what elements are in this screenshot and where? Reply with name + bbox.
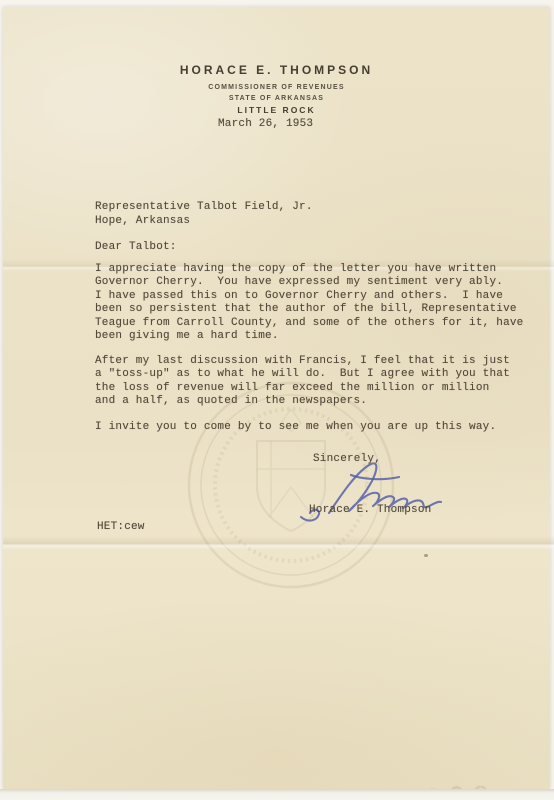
date-line: March 26, 1953 xyxy=(218,118,313,131)
scanner-edge xyxy=(0,789,554,800)
body-paragraph-1: I appreciate having the copy of the lett… xyxy=(95,263,523,343)
salutation: Dear Talbot: xyxy=(95,241,177,254)
body-paragraph-3: I invite you to come by to see me when y… xyxy=(95,421,496,434)
letterhead-title: COMMISSIONER OF REVENUES xyxy=(3,84,550,91)
ink-speck xyxy=(424,554,428,557)
recipient-line-2: Hope, Arkansas xyxy=(95,215,190,228)
reference-initials: HET:cew xyxy=(97,521,145,534)
signer-typed-name: Horace E. Thompson xyxy=(309,504,431,517)
letterhead-name: HORACE E. THOMPSON xyxy=(3,63,550,77)
body-paragraph-2: After my last discussion with Francis, I… xyxy=(95,355,510,409)
letterhead-city: LITTLE ROCK xyxy=(3,105,550,115)
fold-crease-bottom xyxy=(3,536,554,550)
recipient-line-1: Representative Talbot Field, Jr. xyxy=(95,201,313,214)
scanned-letter-page: { "letterhead": { "name": "HORACE E. THO… xyxy=(0,0,554,800)
letterhead-state: STATE OF ARKANSAS xyxy=(3,95,550,102)
letter-paper: HORACE E. THOMPSON COMMISSIONER OF REVEN… xyxy=(3,7,550,789)
